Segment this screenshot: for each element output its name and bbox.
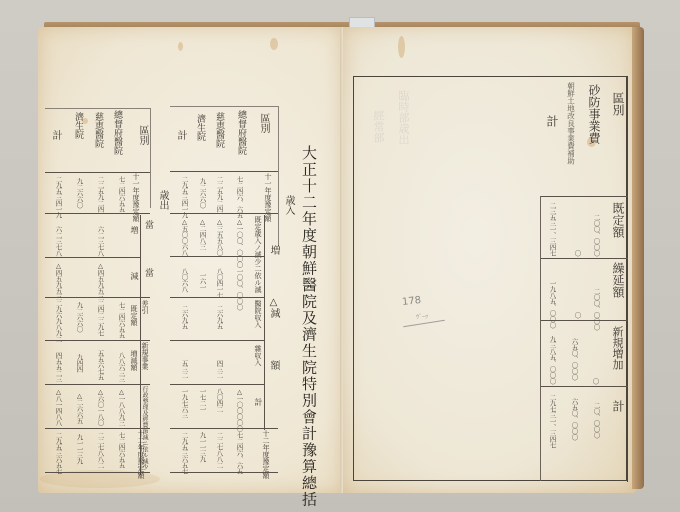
revenue-cell: 七二四六、六五 [236, 176, 243, 218]
show-through-text: 經常部 [370, 110, 386, 143]
expenditure-row-label: 計 [50, 130, 60, 140]
revenue-cell: △五〇〇六八 [181, 218, 188, 256]
pencil-annotation: 178 [401, 295, 421, 308]
revenue-cell: 四三二 [216, 360, 223, 378]
expenditure-col-header: 差引 [141, 300, 148, 314]
revenue-cell: 五三二 [181, 360, 188, 378]
right-col-header: 新規増加 [612, 326, 623, 370]
table-bottom-rule [45, 472, 150, 473]
expenditure-cell: 二二五九二四 [97, 176, 104, 212]
expenditure-col-header: 既定額 [130, 305, 137, 326]
expenditure-col-header: 當 [143, 268, 152, 277]
right-col-header: 計 [612, 400, 624, 412]
right-cell: 〇 [592, 378, 599, 384]
right-cell: 二〇〇、〇〇〇 [593, 214, 600, 256]
revenue-col-header: 雜収入 [254, 345, 261, 366]
revenue-cell: 二九五三四一九 [181, 176, 188, 218]
revenue-col-header: 既定歳入ノ滅少二依ル滅 [254, 216, 261, 293]
revenue-col-header: 計 [254, 398, 262, 406]
revenue-cell: 二二五九二四 [216, 176, 223, 212]
right-cell: 二九七三一、三四七 [549, 394, 556, 448]
revenue-row-label: 濟生院 [195, 114, 204, 141]
expenditure-col-header: 十一年度豫定額 [132, 173, 139, 222]
revenue-col-header: 増 [268, 245, 278, 255]
right-col-header: 繰延額 [612, 262, 624, 298]
revenue-col-header: 額 [268, 360, 278, 370]
expenditure-cell: 二九五三四一九 [55, 176, 62, 218]
revenue-col-header: 醫院収入 [254, 300, 261, 328]
right-cell: 九三八五、〇〇〇 [549, 336, 556, 384]
row-rule [170, 256, 264, 257]
row-rule [540, 386, 628, 387]
expenditure-cell: 二二七八八二 [97, 432, 104, 468]
expenditure-cell: 六二三七八 [97, 226, 104, 256]
table-divider [264, 215, 265, 430]
revenue-cell: 九二六六〇 [199, 178, 206, 208]
expenditure-cell: 七二四六五五 [118, 302, 125, 338]
expenditure-cell: 四五五二三 [55, 352, 62, 382]
revenue-header-region: 區別 [258, 113, 268, 133]
expenditure-cell: △一八八九三 [118, 388, 125, 426]
row-rule [540, 320, 628, 321]
revenue-cell: 一六一 [199, 272, 206, 290]
expenditure-cell: 二九五三六五七 [55, 432, 62, 474]
expenditure-col-header: 増 [130, 226, 138, 234]
expenditure-cell: 五五六七五 [97, 350, 104, 380]
right-cell: 二〇〇、〇〇〇 [593, 288, 600, 330]
right-cell: 〇 [574, 312, 581, 318]
revenue-cell: 八〇六八 [181, 268, 188, 292]
show-through-text: 臨時部歳出 [395, 90, 411, 145]
revenue-cell: 二二七八八二 [216, 432, 223, 468]
foxing-stain [270, 38, 278, 50]
row-rule [45, 297, 150, 298]
table-bottom-rule [170, 472, 278, 473]
table-divider [150, 108, 151, 208]
right-row-label: 計 [546, 115, 558, 127]
row-rule [45, 340, 150, 341]
revenue-cell: △一〇〇、〇〇〇 [236, 218, 243, 268]
foxing-stain [398, 36, 405, 58]
document-title: 大正十二年度朝鮮醫院及濟生院特別會計豫算總括 [301, 145, 316, 508]
expenditure-cell: 二四二二九七 [97, 300, 104, 336]
row-rule [45, 428, 150, 429]
revenue-row-label: 慈恵醫院 [214, 112, 223, 148]
revenue-cell: 一九七六三 [181, 388, 188, 418]
revenue-cell: 一七二一 [199, 388, 206, 412]
expenditure-cell: 九一一三九 [76, 434, 83, 464]
table-divider [278, 106, 279, 246]
revenue-row-label: 計 [175, 130, 185, 140]
right-cell: 二〇、〇〇〇 [593, 402, 600, 438]
row-rule [170, 384, 264, 385]
expenditure-cell: 六二三七八 [55, 226, 62, 256]
row-rule [170, 340, 264, 341]
expenditure-cell: 七二四六五五 [118, 176, 125, 212]
foxing-stain [178, 42, 183, 51]
revenue-cell: 九一一三九 [199, 432, 206, 462]
right-cell: 六五〇、〇〇〇 [571, 338, 578, 380]
frame-rule [540, 196, 541, 481]
expenditure-cell: △二六六五 [76, 392, 83, 424]
revenue-cell: 七二四六、六五 [236, 432, 243, 474]
table-top-rule [45, 108, 150, 109]
table-header-rule [170, 171, 278, 172]
right-cell: 六五〇、〇〇〇 [571, 398, 578, 440]
expenditure-header-region: 區別 [137, 125, 147, 145]
revenue-cell: 二九五三六五七 [181, 432, 188, 474]
revenue-cell: 二六九五 [216, 305, 223, 329]
row-rule [170, 297, 264, 298]
expenditure-cell: 二九六九八九二 [55, 300, 62, 342]
expenditure-cell: △四五九五三 [97, 262, 104, 300]
expenditure-section-label: 歳出 [157, 190, 167, 210]
row-rule [170, 213, 278, 214]
expenditure-col-header: 増減額 [130, 350, 137, 371]
row-rule [540, 196, 628, 197]
revenue-cell: 八〇四一七 [216, 268, 223, 298]
frame-rule [627, 76, 628, 482]
revenue-col-header: △減 [268, 297, 278, 318]
right-row-label: 朝鮮土地改良事業費補助 [567, 82, 575, 165]
expenditure-cell: △六〇一八〇 [97, 388, 104, 426]
revenue-section-label: 歳入 [283, 195, 293, 215]
expenditure-col-header: 減 [130, 272, 138, 280]
expenditure-col-header: 新規事業 [141, 342, 148, 370]
expenditure-row-label: 總督府醫院 [112, 110, 121, 155]
row-rule [45, 257, 140, 258]
expenditure-cell: 八八六三三 [118, 352, 125, 382]
row-rule [45, 384, 150, 385]
expenditure-row-label: 慈恵醫院 [93, 112, 102, 148]
pencil-annotation-sub: ｳﾟｰﾂ [416, 312, 428, 321]
revenue-col-header: 十一年度豫定額 [264, 173, 271, 222]
row-rule [45, 213, 150, 214]
right-row-label: 砂防事業費 [588, 84, 600, 144]
expenditure-cell: △八一四八八 [55, 388, 62, 426]
expenditure-row-label: 濟生院 [73, 112, 82, 139]
revenue-cell: 一〇〇、〇〇〇 [236, 268, 243, 310]
expenditure-cell: 九四四 [76, 354, 83, 372]
revenue-cell: △三五五八〇 [216, 218, 223, 256]
expenditure-cell: 九二六六〇 [76, 178, 83, 208]
revenue-row-label: 總督府醫院 [236, 110, 245, 155]
expenditure-col-header: 當 [143, 220, 152, 229]
book-fore-edge [632, 27, 644, 489]
right-cell: 〇 [574, 250, 581, 256]
revenue-cell: △二四八三 [199, 218, 206, 250]
right-col-header: 既定額 [612, 202, 624, 238]
expenditure-cell: 七二四六五五 [118, 432, 125, 468]
right-cell: 二三五三一、三四七 [549, 202, 556, 256]
row-rule [170, 428, 278, 429]
revenue-cell: 八〇四二 [216, 388, 223, 412]
revenue-cell: 二六九五 [181, 305, 188, 329]
row-rule [540, 258, 628, 259]
right-header-region: 區別 [612, 92, 624, 116]
table-top-rule [170, 106, 278, 107]
expenditure-cell: 九二六六〇 [76, 302, 83, 332]
expenditure-cell: △四五九五三 [55, 262, 62, 300]
revenue-cell: △一〇〇〇〇〇 [236, 388, 243, 432]
